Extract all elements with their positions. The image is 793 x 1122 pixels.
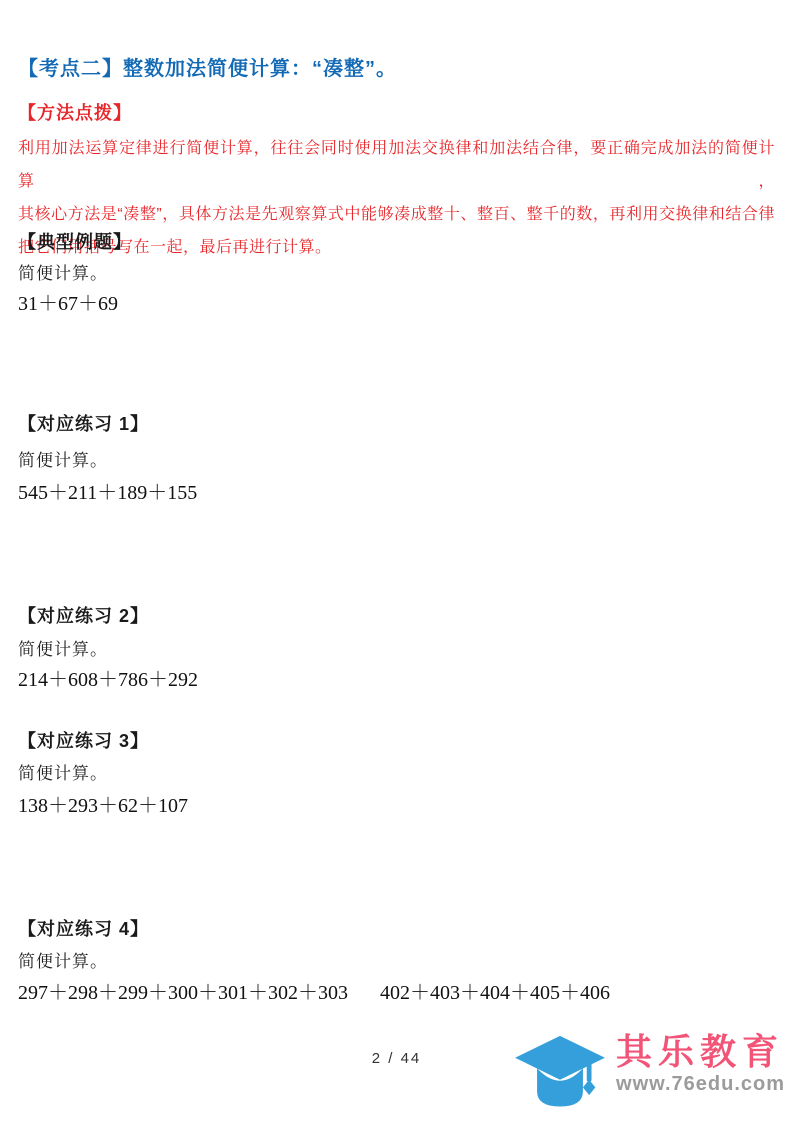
section-heading-example: 【典型例题】 <box>18 228 132 254</box>
document-page: 【考点二】整数加法简便计算：“凑整”。 【方法点拨】 利用加法运算定律进行简便计… <box>0 0 793 1122</box>
math-expression: 31＋67＋69 <box>18 287 118 316</box>
section-prompt: 简便计算。 <box>18 446 108 471</box>
math-expression: 402＋403＋404＋405＋406 <box>380 976 610 1005</box>
math-expression: 138＋293＋62＋107 <box>18 789 188 818</box>
math-expression: 545＋211＋189＋155 <box>18 476 197 505</box>
graduation-cap-icon <box>510 1032 610 1118</box>
page-title: 【考点二】整数加法简便计算：“凑整”。 <box>18 52 397 81</box>
section-prompt: 简便计算。 <box>18 259 108 284</box>
brand-name: 其乐教育 <box>616 1032 784 1072</box>
math-expression: 214＋608＋786＋292 <box>18 663 198 692</box>
section-heading-practice-4: 【对应练习 4】 <box>18 915 149 941</box>
method-text-line: 其核心方法是“凑整”，具体方法是先观察算式中能够凑成整十、整百、整千的数，再利用… <box>18 198 775 231</box>
brand-text: 其乐教育 www.76edu.com <box>616 1032 785 1096</box>
brand-url: www.76edu.com <box>616 1072 785 1096</box>
method-heading: 【方法点拨】 <box>18 99 132 125</box>
section-prompt: 简便计算。 <box>18 635 108 660</box>
section-heading-practice-2: 【对应练习 2】 <box>18 602 149 628</box>
section-heading-practice-3: 【对应练习 3】 <box>18 727 149 753</box>
section-prompt: 简便计算。 <box>18 947 108 972</box>
method-text-line: 利用加法运算定律进行简便计算，往往会同时使用加法交换律和加法结合律，要正确完成加… <box>18 132 775 198</box>
section-heading-practice-1: 【对应练习 1】 <box>18 410 149 436</box>
brand-logo: 其乐教育 www.76edu.com <box>510 1032 785 1118</box>
section-prompt: 简便计算。 <box>18 759 108 784</box>
math-expression: 297＋298＋299＋300＋301＋302＋303 <box>18 976 348 1005</box>
